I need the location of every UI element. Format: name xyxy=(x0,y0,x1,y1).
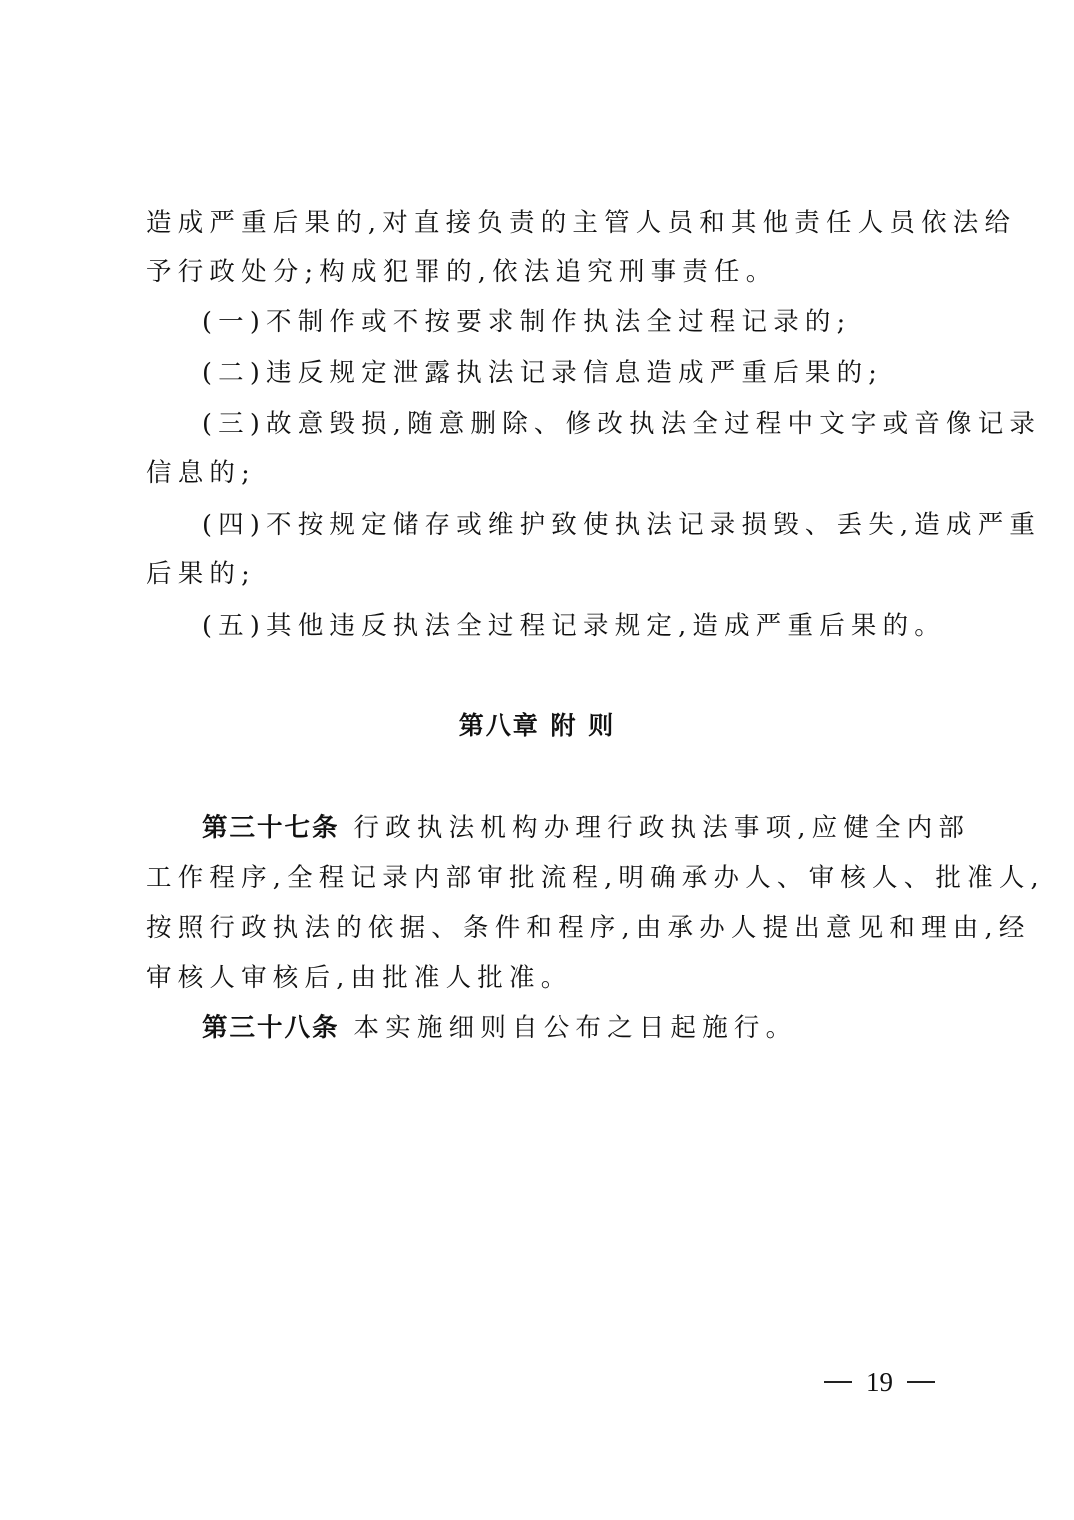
article-37-line: 工作程序,全程记录内部审批流程,明确承办人、审核人、批准人, xyxy=(146,858,1045,898)
list-item-2: (二)违反规定泄露执法记录信息造成严重后果的; xyxy=(202,353,883,393)
paragraph-line: 造成严重后果的,对直接负责的主管人员和其他责任人员依法给 xyxy=(146,203,1016,243)
list-item-5: (五)其他违反执法全过程记录规定,造成严重后果的。 xyxy=(202,606,946,646)
article-38-first-line: 第三十八条本实施细则自公布之日起施行。 xyxy=(202,1008,797,1048)
article-37-label: 第三十七条 xyxy=(202,813,340,843)
article-37-first-line: 第三十七条行政执法机构办理行政执法事项,应健全内部 xyxy=(202,808,970,848)
paragraph-line: 予行政处分;构成犯罪的,依法追究刑事责任。 xyxy=(146,252,777,292)
document-page: 造成严重后果的,对直接负责的主管人员和其他责任人员依法给 予行政处分;构成犯罪的… xyxy=(0,0,1074,1520)
article-38-label: 第三十八条 xyxy=(202,1013,340,1043)
page-number: 19 xyxy=(824,1362,944,1402)
page-number-value: 19 xyxy=(866,1362,893,1402)
dash-right xyxy=(907,1381,935,1383)
list-item-4-continuation: 后果的; xyxy=(146,554,256,594)
chapter-heading: 第八章 附 则 xyxy=(0,706,1074,746)
list-item-1: (一)不制作或不按要求制作执法全过程记录的; xyxy=(202,302,851,342)
list-item-4: (四)不按规定储存或维护致使执法记录损毁、丢失,造成严重 xyxy=(202,505,1041,545)
article-37-text: 行政执法机构办理行政执法事项,应健全内部 xyxy=(354,813,971,843)
article-37-line: 按照行政执法的依据、条件和程序,由承办人提出意见和理由,经 xyxy=(146,908,1031,948)
article-37-line: 审核人审核后,由批准人批准。 xyxy=(146,958,572,998)
list-item-3-continuation: 信息的; xyxy=(146,453,256,493)
article-38-text: 本实施细则自公布之日起施行。 xyxy=(354,1013,798,1043)
dash-left xyxy=(824,1381,852,1383)
list-item-3: (三)故意毁损,随意删除、修改执法全过程中文字或音像记录 xyxy=(202,404,1041,444)
